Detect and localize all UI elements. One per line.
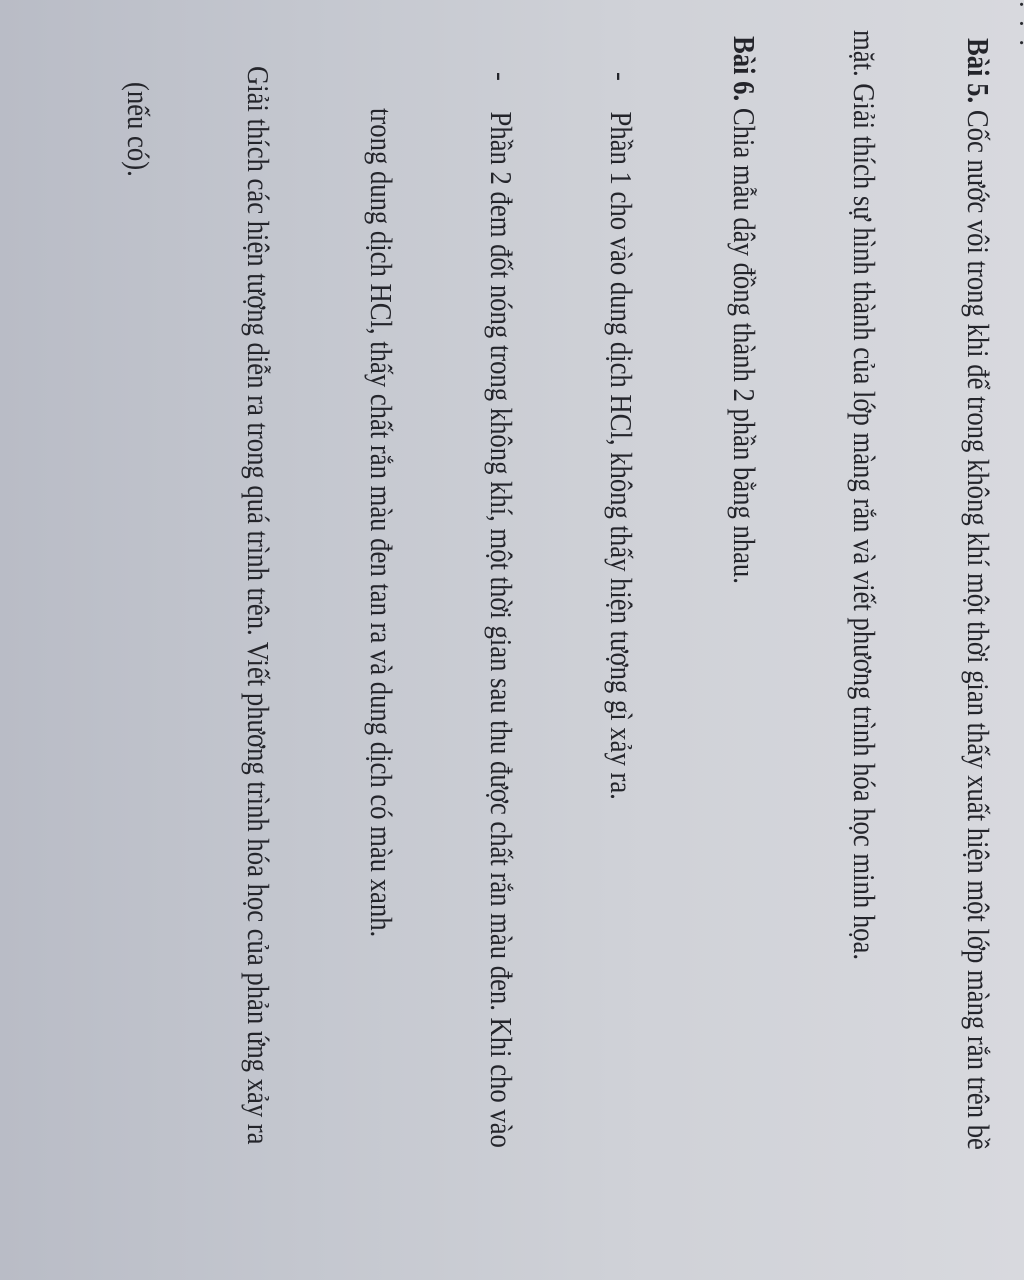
question-line-2: (nếu có). [120, 82, 156, 177]
cut-off-previous-line: · · · [1016, 0, 1024, 1280]
document-page: · · · Bài 5. Cốc nước vôi trong khi để t… [0, 0, 1024, 1280]
bai5-text-1: Cốc nước vôi trong khi để trong không kh… [961, 110, 996, 1150]
bai6-intro: Chia mẫu dây đồng thành 2 phần bằng nhau… [727, 108, 762, 584]
bai5-line-1: Bài 5. Cốc nước vôi trong khi để trong k… [960, 38, 996, 1150]
bai5-line-2: mặt. Giải thích sự hình thành của lớp mà… [846, 30, 882, 960]
part-2-text-1: Phần 2 đem đốt nóng trong không khí, một… [484, 112, 519, 1148]
bullet-part-1: -Phần 1 cho vào dung dịch HCl, không thấ… [603, 72, 639, 800]
bullet-part-2-line-2: trong dung dịch HCl, thấy chất rắn màu đ… [363, 108, 399, 937]
question-line-1: Giải thích các hiện tượng diễn ra trong … [240, 66, 276, 1145]
bullet-part-2-line-1: -Phần 2 đem đốt nóng trong không khí, mộ… [483, 72, 519, 1148]
bullet-marker: - [483, 72, 519, 112]
bullet-marker: - [603, 72, 639, 112]
part-1-text: Phần 1 cho vào dung dịch HCl, không thấy… [604, 112, 639, 800]
bai6-intro-line: Bài 6. Chia mẫu dây đồng thành 2 phần bằ… [726, 36, 762, 584]
bai5-label: Bài 5. [961, 38, 996, 103]
bai6-label: Bài 6. [727, 36, 762, 101]
